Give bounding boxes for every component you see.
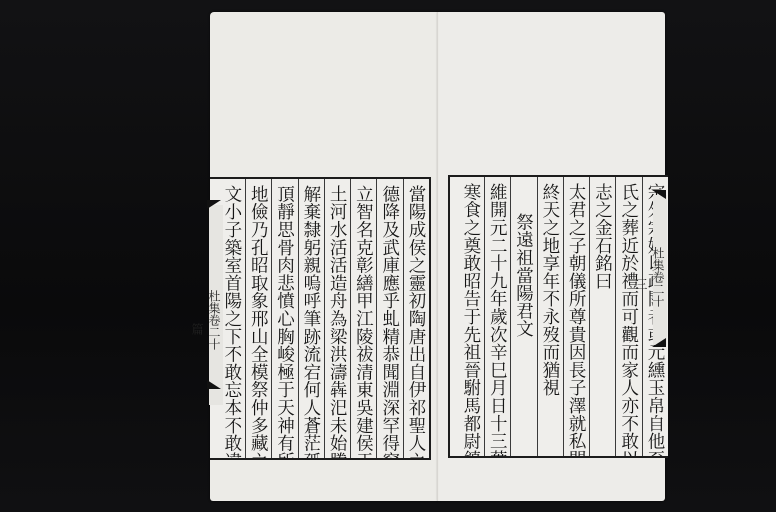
fishtail-mark-icon <box>652 190 666 199</box>
banxin-marker: 篇 <box>189 323 206 335</box>
section-title-column: 祭遠祖當陽君文 <box>510 177 536 456</box>
text-column: 維開元二十九年歲次辛巳月日十三葉孫甫謹以 <box>484 177 510 456</box>
text-column: 地儉乃孔昭取象邢山全模祭仲多藏之誡焯厚前 <box>245 179 271 458</box>
fishtail-mark-icon <box>207 200 221 209</box>
text-column: 土河水活活造舟為梁洪濤犇汜未始騰毒春秋主 <box>324 179 350 458</box>
banxin-title: 杜集卷二十 <box>206 290 223 350</box>
right-text-frame: 宗外宗嫂以疎闊者或元纁玉帛自他至若以為杜 氏之葬近於禮而可觀而家人亦不敢以時繼年… <box>448 175 668 458</box>
text-column: 終天之地享年不永歿而猶視 <box>537 177 563 456</box>
right-banxin: 杜集卷二十 三 <box>653 195 667 345</box>
text-column: 氏之葬近於禮而可觀而家人亦不敢以時繼年式 <box>615 177 641 456</box>
book-gutter <box>437 12 439 501</box>
text-column: 頂靜思骨肉悲憤心胸峻極于天神有所降不毛之 <box>271 179 297 458</box>
banxin-title: 杜集卷二十 <box>650 247 667 307</box>
text-column: 寒食之奠敢昭告于先祖晉駙馬都尉鎮南大將軍 <box>458 177 484 456</box>
banxin-marker: 三 <box>633 278 650 290</box>
fishtail-mark-icon <box>652 338 666 347</box>
text-column: 立智名克彰繕甲江陵祓清東吳建侯于荊邦于南 <box>350 179 376 458</box>
text-column: 太君之子朝儀所尊貴因長子澤就私門亳邑之都 <box>563 177 589 456</box>
text-column: 當陽成侯之靈初陶唐出自伊祁聖人之後世食舊 <box>403 179 429 458</box>
fishtail-mark-icon <box>207 380 221 389</box>
text-column: 志之金石銘曰 <box>589 177 615 456</box>
left-banxin: 杜集卷二十 篇 <box>209 205 223 405</box>
text-column: 解棄隸躬親嗚呼筆跡流宕何人蒼茫孤墳獨出高 <box>298 179 324 458</box>
text-column: 德降及武庫應乎虬精恭聞淵深罕得窺測勇功是 <box>376 179 402 458</box>
left-text-frame: 當陽成侯之靈初陶唐出自伊祁聖人之後世食舊 德降及武庫應乎虬精恭聞淵深罕得窺測勇功… <box>210 177 431 460</box>
